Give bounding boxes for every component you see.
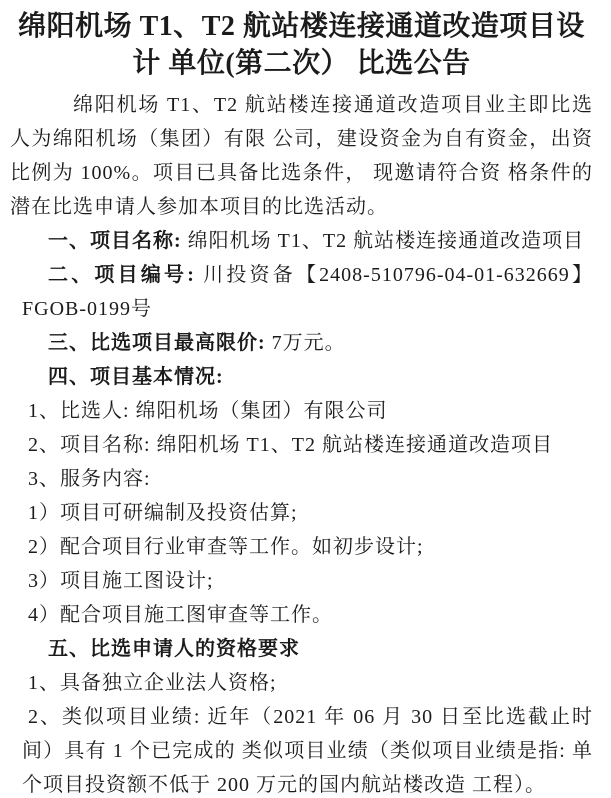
- service-item-drawing-review: 4）配合项目施工图审查等工作。: [22, 598, 593, 632]
- section-price-limit-label: 三、比选项目最高限价:: [48, 332, 266, 354]
- section-project-number: 二、项目编号: 川投资备【2408-510796-04-01-632669】FG…: [22, 258, 593, 326]
- title-line-1: 绵阳机场 T1、T2 航站楼连接通道改造项目设: [10, 8, 593, 45]
- basic-info-item-bidder: 1、比选人: 绵阳机场（集团）有限公司: [22, 394, 593, 428]
- basic-info-item-service-scope: 3、服务内容:: [22, 462, 593, 496]
- basic-info-item-project-name: 2、项目名称: 绵阳机场 T1、T2 航站楼连接通道改造项目: [22, 428, 593, 462]
- service-item-feasibility: 1）项目可研编制及投资估算;: [22, 496, 593, 530]
- section-qualification-label: 五、比选申请人的资格要求: [48, 638, 300, 660]
- section-project-name-value: 绵阳机场 T1、T2 航站楼连接通道改造项目: [188, 230, 584, 252]
- document-title: 绵阳机场 T1、T2 航站楼连接通道改造项目设 计 单位(第二次） 比选公告: [10, 8, 593, 82]
- service-item-industry-review: 2）配合项目行业审查等工作。如初步设计;: [22, 530, 593, 564]
- section-basic-info-label: 四、项目基本情况:: [48, 366, 224, 388]
- section-project-name-label: 一、项目名称:: [48, 230, 182, 252]
- section-project-name: 一、项目名称: 绵阳机场 T1、T2 航站楼连接通道改造项目: [22, 224, 593, 258]
- qualification-item-legal-entity: 1、具备独立企业法人资格;: [22, 666, 593, 700]
- announcement-page: 绵阳机场 T1、T2 航站楼连接通道改造项目设 计 单位(第二次） 比选公告 绵…: [0, 0, 611, 798]
- intro-paragraph: 绵阳机场 T1、T2 航站楼连接通道改造项目业主即比选人为绵阳机场（集团）有限 …: [10, 88, 593, 224]
- section-qualification-heading: 五、比选申请人的资格要求: [22, 632, 593, 666]
- section-project-number-label: 二、项目编号:: [48, 264, 195, 286]
- qualification-item-track-record: 2、类似项目业绩: 近年（2021 年 06 月 30 日至比选截止时间）具有 …: [22, 700, 593, 798]
- section-price-limit: 三、比选项目最高限价: 7万元。: [22, 326, 593, 360]
- section-price-limit-value: 7万元。: [272, 332, 346, 354]
- section-basic-info-heading: 四、项目基本情况:: [22, 360, 593, 394]
- title-line-2: 计 单位(第二次） 比选公告: [10, 45, 593, 82]
- service-item-construction-drawing: 3）项目施工图设计;: [22, 564, 593, 598]
